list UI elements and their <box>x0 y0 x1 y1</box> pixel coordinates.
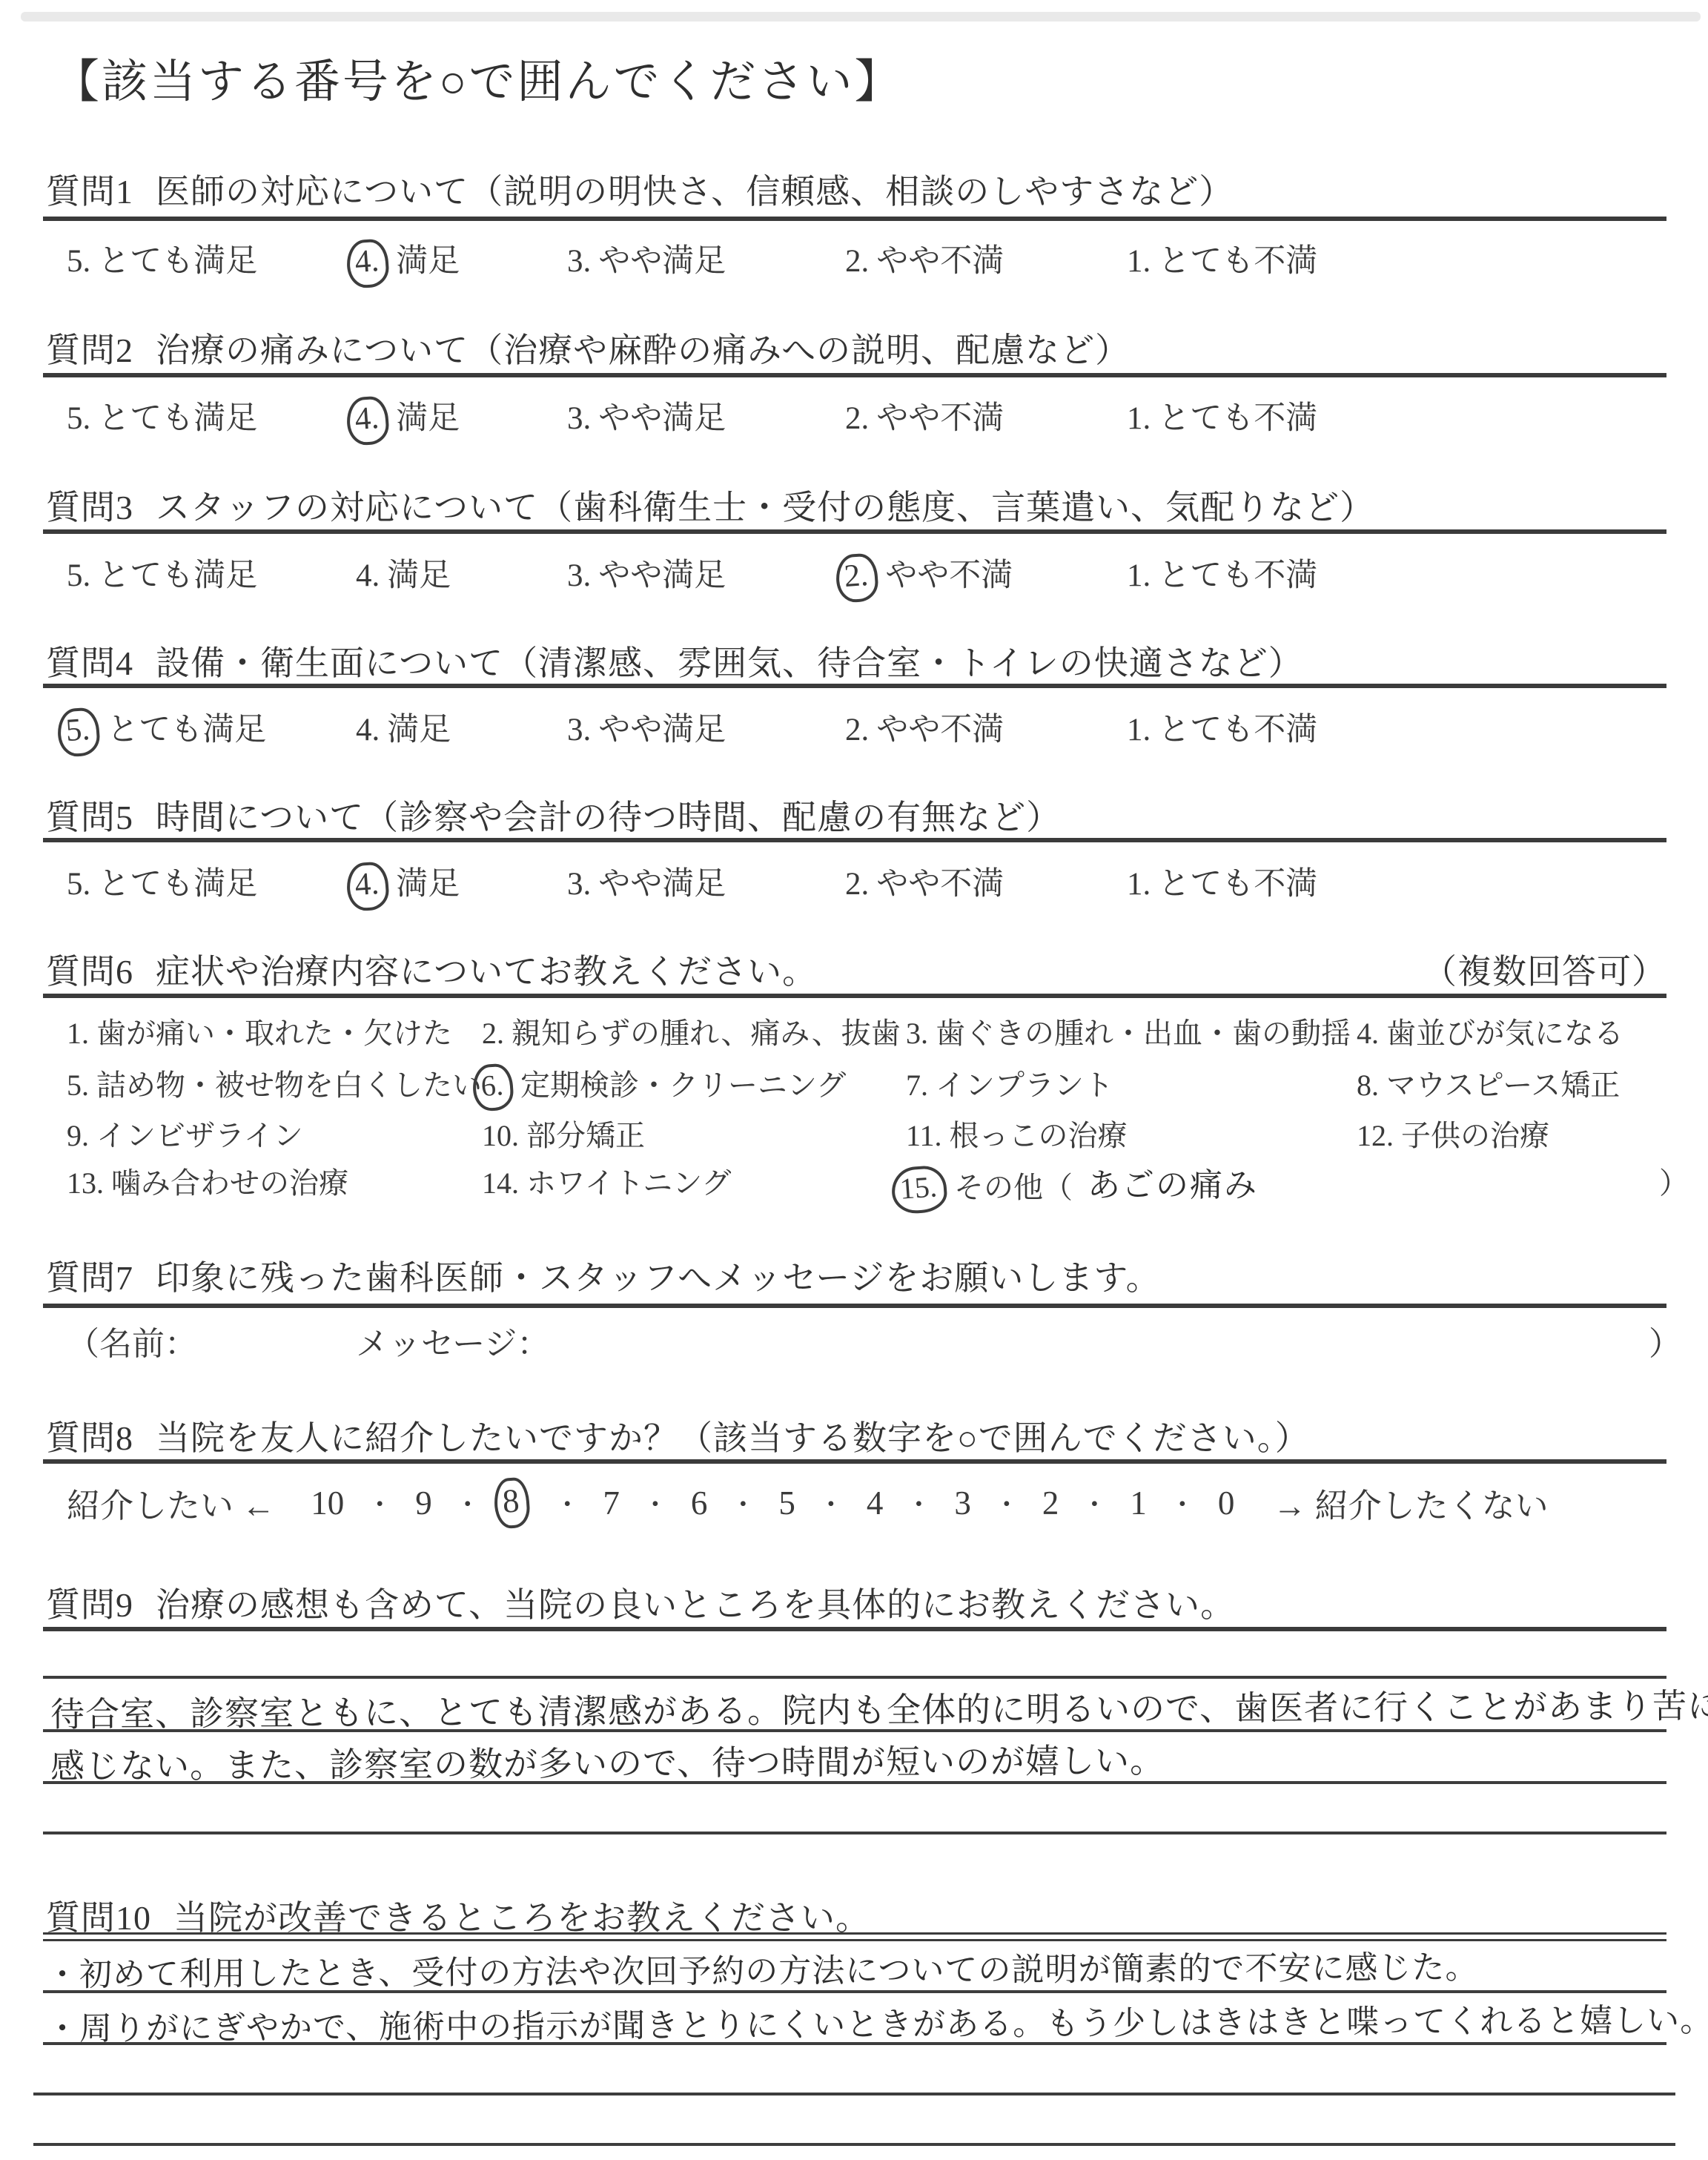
q6-option-10-num: 10. <box>482 1118 519 1153</box>
q6-options-row-3: 9.インビザライン 10.部分矯正 11.根っこの治療 12.子供の治療 <box>0 1112 1708 1164</box>
q6-option-1: 1.歯が痛い・取れた・欠けた <box>67 1010 452 1052</box>
q1-option-4: 4.満足 <box>356 236 460 282</box>
q4-option-3-label: やや満足 <box>598 713 726 747</box>
q1-option-1: 1.とても不満 <box>1127 236 1317 281</box>
q8-scale-9: 9 <box>415 1484 432 1522</box>
q8-selected-circle: 8 <box>492 1476 530 1529</box>
q8-dot: ・ <box>1169 1484 1196 1522</box>
q10-topic: 当院が改善できるところをお教えください。 <box>173 1899 870 1937</box>
q6-option-5: 5.詰め物・被せ物を白くしたい <box>67 1062 482 1104</box>
q6-options-row-4: 13.噛み合わせの治療 14.ホワイトニング 15.その他（あごの痛み ） <box>0 1160 1708 1212</box>
q5-rule <box>43 838 1666 842</box>
q1-option-2: 2.やや不満 <box>845 236 1004 281</box>
q1-option-5: 5.とても満足 <box>67 236 257 281</box>
q3-selected-circle: 2. <box>835 552 880 604</box>
q6-option-2-num: 2. <box>482 1016 504 1051</box>
q9-label: 質問9 <box>46 1586 133 1624</box>
q3-option-5-label: とても満足 <box>98 558 257 593</box>
q6-rule <box>43 994 1666 998</box>
q4-option-3-num: 3. <box>567 712 591 748</box>
q8-dot: ・ <box>993 1484 1020 1522</box>
q6-option-15-label: その他（ <box>954 1171 1073 1204</box>
q3-topic: スタッフの対応について（歯科衛生士・受付の態度、言葉遣い、気配りなど） <box>156 489 1374 526</box>
q8-scale-10: 10 <box>311 1484 344 1522</box>
q3-heading: 質問3スタッフの対応について（歯科衛生士・受付の態度、言葉遣い、気配りなど） <box>46 480 1666 529</box>
q2-option-5: 5.とても満足 <box>67 393 257 438</box>
q4-option-2-num: 2. <box>845 712 869 748</box>
q3-option-1-num: 1. <box>1127 558 1151 594</box>
q8-rule <box>43 1459 1666 1464</box>
q2-option-4: 4.満足 <box>356 393 460 439</box>
q6-options-row-2: 5.詰め物・被せ物を白くしたい 6.定期検診・クリーニング 7.インプラント 8… <box>0 1062 1708 1114</box>
q9-topic: 治療の感想も含めて、当院の良いところを具体的にお教えください。 <box>156 1586 1235 1624</box>
q6-option-15: 15.その他（あごの痛み <box>901 1160 1258 1207</box>
q6-option-7: 7.インプラント <box>906 1062 1113 1104</box>
q8-dot: ・ <box>366 1484 393 1522</box>
q6-option-11-label: 根っこの治療 <box>950 1119 1128 1152</box>
q6-option-7-num: 7. <box>906 1068 928 1103</box>
q5-option-1-label: とても不満 <box>1158 867 1317 902</box>
q2-rule <box>43 373 1666 377</box>
q8-dot: ・ <box>554 1484 580 1522</box>
q6-option-9-num: 9. <box>67 1118 89 1153</box>
q6-option-1-num: 1. <box>67 1016 89 1051</box>
q6-option-7-label: インプラント <box>936 1069 1113 1102</box>
q2-option-1-label: とても不満 <box>1158 401 1317 436</box>
q5-option-5: 5.とても満足 <box>67 859 257 904</box>
q6-topic: 症状や治療内容についてお教えください。 <box>156 953 817 991</box>
q1-selected-circle: 4. <box>345 238 391 289</box>
q2-option-1-num: 1. <box>1127 400 1151 437</box>
q6-option-15-circle: 15. <box>890 1164 948 1215</box>
q6-option-1-label: 歯が痛い・取れた・欠けた <box>96 1017 452 1050</box>
q6-option-14-num: 14. <box>482 1166 519 1200</box>
q10-answer-line-rule-2 <box>43 2042 1666 2045</box>
q5-option-3-label: やや満足 <box>598 867 726 902</box>
q2-option-2: 2.やや不満 <box>845 393 1004 438</box>
q4-option-2-label: やや不満 <box>876 713 1004 747</box>
q2-option-3-label: やや満足 <box>598 401 726 436</box>
q10-handwritten-line-2: ・周りがにぎやかで、施術中の指示が聞きとりにくいときがある。もう少しはきはきと喋… <box>46 1993 1708 2050</box>
q2-option-2-num: 2. <box>845 400 869 437</box>
q8-dot: ・ <box>905 1484 932 1522</box>
q9-answer-line-rule-1 <box>43 1676 1666 1679</box>
q10-answer-line-rule-4 <box>33 2143 1675 2146</box>
q9-answer-line-rule-4 <box>43 1832 1666 1834</box>
q6-option-11-num: 11. <box>906 1118 942 1153</box>
q8-scale-4: 4 <box>867 1484 884 1522</box>
q1-options: 5.とても満足 4.満足 3.やや満足 2.やや不満 1.とても不満 <box>0 236 1708 288</box>
q6-option-11: 11.根っこの治療 <box>906 1112 1128 1155</box>
q8-dot: ・ <box>642 1484 669 1522</box>
q8-scale-2: 2 <box>1042 1484 1059 1522</box>
q6-option-13: 13.噛み合わせの治療 <box>67 1160 348 1202</box>
q3-option-3-num: 3. <box>567 558 591 594</box>
q3-option-3: 3.やや満足 <box>567 550 726 595</box>
q1-option-3-num: 3. <box>567 243 591 280</box>
q4-option-5-label: とても満足 <box>107 713 266 747</box>
q6-option-12-label: 子供の治療 <box>1401 1119 1549 1152</box>
q1-option-5-label: とても満足 <box>98 244 257 279</box>
q2-label: 質問2 <box>46 331 133 369</box>
q6-option-6-circle: 6. <box>471 1063 514 1112</box>
q6-option-15-close-paren: ） <box>1659 1160 1689 1202</box>
q4-heading: 質問4設備・衛生面について（清潔感、雰囲気、待合室・トイレの快適さなど） <box>46 636 1666 685</box>
q6-option-6-label: 定期検診・クリーニング <box>520 1069 846 1102</box>
q6-options-row-1: 1.歯が痛い・取れた・欠けた 2.親知らずの腫れ、痛み、抜歯 3.歯ぐきの腫れ・… <box>0 1010 1708 1062</box>
q1-heading: 質問1医師の対応について（説明の明快さ、信頼感、相談のしやすさなど） <box>46 165 1666 214</box>
q5-option-1: 1.とても不満 <box>1127 859 1317 904</box>
q1-topic: 医師の対応について（説明の明快さ、信頼感、相談のしやすさなど） <box>156 173 1234 211</box>
q10-label: 質問10 <box>46 1899 151 1937</box>
q6-option-8-label: マウスピース矯正 <box>1386 1069 1620 1102</box>
q8-scale-left-label: 紹介したい ← <box>67 1479 275 1527</box>
q2-heading: 質問2治療の痛みについて（治療や麻酔の痛みへの説明、配慮など） <box>46 323 1666 372</box>
q3-option-2-label: やや不満 <box>885 558 1013 593</box>
q8-scale-right-label: → 紹介したくない <box>1273 1479 1548 1527</box>
q4-option-1-num: 1. <box>1127 712 1151 748</box>
q1-option-5-num: 5. <box>67 243 90 280</box>
q6-label: 質問6 <box>46 953 133 991</box>
q1-option-1-num: 1. <box>1127 243 1151 280</box>
q8-dot: ・ <box>1081 1484 1108 1522</box>
q4-option-4-num: 4. <box>356 712 380 748</box>
q1-option-2-label: やや不満 <box>876 244 1004 279</box>
q4-option-5: 5.とても満足 <box>67 704 266 750</box>
q6-option-3-label: 歯ぐきの腫れ・出血・歯の動揺 <box>936 1017 1351 1050</box>
q6-option-2: 2.親知らずの腫れ、痛み、抜歯 <box>482 1010 901 1052</box>
q3-options: 5.とても満足 4.満足 3.やや満足 2.やや不満 1.とても不満 <box>0 550 1708 602</box>
q8-scale-1: 1 <box>1130 1484 1147 1522</box>
q6-option-10: 10.部分矯正 <box>482 1112 645 1155</box>
q7-heading: 質問7印象に残った歯科医師・スタッフへメッセージをお願いします。 <box>46 1251 1666 1300</box>
q3-option-3-label: やや満足 <box>598 558 726 593</box>
q2-option-2-label: やや不満 <box>876 401 1004 436</box>
q8-scale-5: 5 <box>778 1484 795 1522</box>
q6-option-3-num: 3. <box>906 1016 928 1051</box>
q2-selected-circle: 4. <box>345 395 391 446</box>
q6-option-12: 12.子供の治療 <box>1357 1112 1549 1155</box>
q5-options: 5.とても満足 4.満足 3.やや満足 2.やや不満 1.とても不満 <box>0 859 1708 911</box>
q1-option-1-label: とても不満 <box>1158 244 1317 279</box>
q10-answer-line-rule-3 <box>33 2093 1675 2095</box>
q8-heading: 質問8当院を友人に紹介したいですか？（該当する数字を○で囲んでください。） <box>46 1411 1666 1460</box>
q6-option-10-label: 部分矯正 <box>526 1119 645 1152</box>
form-title: 【該当する番号を○で囲んでください】 <box>53 44 902 110</box>
q6-other-handwritten-answer: あごの痛み <box>1088 1166 1258 1204</box>
scan-artifact-band <box>21 12 1701 22</box>
q3-label: 質問3 <box>46 489 133 526</box>
q6-option-2-label: 親知らずの腫れ、痛み、抜歯 <box>512 1017 901 1050</box>
q2-option-5-label: とても満足 <box>98 401 257 436</box>
q4-option-4-label: 満足 <box>387 713 451 747</box>
q6-option-13-label: 噛み合わせの治療 <box>111 1166 348 1200</box>
q4-options: 5.とても満足 4.満足 3.やや満足 2.やや不満 1.とても不満 <box>0 704 1708 756</box>
q5-option-2: 2.やや不満 <box>845 859 1004 904</box>
q7-rule <box>43 1304 1666 1308</box>
q5-option-5-label: とても満足 <box>98 867 257 902</box>
q6-option-5-label: 詰め物・被せ物を白くしたい <box>96 1069 482 1102</box>
q8-scale-3: 3 <box>954 1484 971 1522</box>
q4-option-1: 1.とても不満 <box>1127 704 1317 750</box>
q8-scale-7: 7 <box>603 1484 620 1522</box>
q5-option-3-num: 3. <box>567 866 591 902</box>
q4-option-1-label: とても不満 <box>1158 713 1317 747</box>
q5-option-2-num: 2. <box>845 866 869 902</box>
q8-dot: ・ <box>454 1484 481 1522</box>
q1-option-3-label: やや満足 <box>598 244 726 279</box>
q6-option-9-label: インビザライン <box>96 1119 303 1152</box>
q9-answer-line-rule-2 <box>43 1729 1666 1732</box>
q6-option-5-num: 5. <box>67 1068 89 1103</box>
q9-handwritten-line-1: 待合室、診察室ともに、とても清潔感がある。院内も全体的に明るいので、歯医者に行く… <box>50 1679 1708 1737</box>
q2-option-4-label: 満足 <box>396 401 460 436</box>
q3-option-4-num: 4. <box>356 558 380 594</box>
q3-rule <box>43 529 1666 534</box>
q10-rule <box>43 1932 1666 1941</box>
q3-option-5: 5.とても満足 <box>67 550 257 595</box>
q4-rule <box>43 684 1666 688</box>
q7-label: 質問7 <box>46 1259 133 1297</box>
q4-selected-circle: 5. <box>56 707 102 758</box>
q3-option-1: 1.とても不満 <box>1127 550 1317 595</box>
q6-option-9: 9.インビザライン <box>67 1112 303 1155</box>
q4-label: 質問4 <box>46 644 133 682</box>
q3-option-2: 2.やや不満 <box>845 550 1013 596</box>
q8-dot: ・ <box>818 1484 844 1522</box>
q8-topic: 当院を友人に紹介したいですか？（該当する数字を○で囲んでください。） <box>156 1419 1310 1457</box>
q6-heading: 質問6症状や治療内容についてお教えください。 （複数回答可） <box>46 945 1666 994</box>
q9-handwritten-line-2: 感じない。また、診察室の数が多いので、待つ時間が短いのが嬉しい。 <box>50 1734 1165 1789</box>
q2-option-5-num: 5. <box>67 400 90 437</box>
q8-referral-scale: 紹介したい ← 10・ 9・ 8・ 7・ 6・ 5・ 4・ 3・ 2・ 1・ 0… <box>67 1479 1549 1527</box>
q2-option-1: 1.とても不満 <box>1127 393 1317 438</box>
q5-option-3: 3.やや満足 <box>567 859 726 904</box>
q2-options: 5.とても満足 4.満足 3.やや満足 2.やや不満 1.とても不満 <box>0 393 1708 445</box>
q5-option-5-num: 5. <box>67 866 90 902</box>
q6-option-14-label: ホワイトニング <box>526 1166 731 1200</box>
q4-option-3: 3.やや満足 <box>567 704 726 750</box>
q1-option-4-label: 満足 <box>396 244 460 279</box>
q6-option-4-num: 4. <box>1357 1016 1379 1051</box>
q5-heading: 質問5時間について（診察や会計の待つ時間、配慮の有無など） <box>46 790 1666 839</box>
q1-option-3: 3.やや満足 <box>567 236 726 281</box>
q10-answer-line-rule-1 <box>43 1990 1666 1993</box>
q5-option-1-num: 1. <box>1127 866 1151 902</box>
q5-label: 質問5 <box>46 799 133 836</box>
q4-option-2: 2.やや不満 <box>845 704 1004 750</box>
q1-option-2-num: 2. <box>845 243 869 280</box>
q2-option-3: 3.やや満足 <box>567 393 726 438</box>
q6-option-6: 6.定期検診・クリーニング <box>482 1062 846 1105</box>
q1-rule <box>43 217 1666 221</box>
q6-option-8-num: 8. <box>1357 1068 1379 1103</box>
q2-option-3-num: 3. <box>567 400 591 437</box>
q6-option-4-label: 歯並びが気になる <box>1386 1017 1623 1050</box>
q3-option-5-num: 5. <box>67 558 90 594</box>
q7-name-field-label: （名前： <box>67 1317 197 1364</box>
q7-topic: 印象に残った歯科医師・スタッフへメッセージをお願いします。 <box>156 1259 1161 1297</box>
q6-option-3: 3.歯ぐきの腫れ・出血・歯の動揺 <box>906 1010 1351 1052</box>
q5-option-2-label: やや不満 <box>876 867 1004 902</box>
q2-topic: 治療の痛みについて（治療や麻酔の痛みへの説明、配慮など） <box>156 331 1130 369</box>
q8-scale-6: 6 <box>691 1484 708 1522</box>
q6-multi-answer-note: （複数回答可） <box>1423 945 1666 994</box>
q5-selected-circle: 4. <box>345 861 391 912</box>
q1-label: 質問1 <box>46 173 133 211</box>
q4-topic: 設備・衛生面について（清潔感、雰囲気、待合室・トイレの快適さなど） <box>156 644 1303 682</box>
q10-handwritten-line-1: ・初めて利用したとき、受付の方法や次回予約の方法についての説明が簡素的で不安に感… <box>46 1941 1479 1995</box>
q6-option-4: 4.歯並びが気になる <box>1357 1010 1623 1052</box>
q8-scale-0: 0 <box>1218 1484 1235 1522</box>
q6-option-12-num: 12. <box>1357 1118 1394 1153</box>
scanned-survey-page: 【該当する番号を○で囲んでください】 質問1医師の対応について（説明の明快さ、信… <box>0 0 1708 2160</box>
q6-option-13-num: 13. <box>67 1166 104 1200</box>
q6-option-14: 14.ホワイトニング <box>482 1160 731 1202</box>
q5-option-4: 4.満足 <box>356 859 460 905</box>
q5-option-4-label: 満足 <box>396 867 460 902</box>
q7-close-paren: ） <box>1649 1317 1681 1364</box>
q3-option-1-label: とても不満 <box>1158 558 1317 593</box>
q6-option-8: 8.マウスピース矯正 <box>1357 1062 1620 1104</box>
q9-answer-line-rule-3 <box>43 1781 1666 1784</box>
q3-option-4-label: 満足 <box>387 558 451 593</box>
q8-dot: ・ <box>729 1484 756 1522</box>
q8-label: 質問8 <box>46 1419 133 1457</box>
q9-rule <box>43 1627 1666 1631</box>
q3-option-4: 4.満足 <box>356 550 451 595</box>
q7-message-field-label: メッセージ： <box>356 1317 549 1364</box>
q4-option-4: 4.満足 <box>356 704 451 750</box>
q5-topic: 時間について（診察や会計の待つ時間、配慮の有無など） <box>156 799 1061 836</box>
q9-heading: 質問9治療の感想も含めて、当院の良いところを具体的にお教えください。 <box>46 1578 1666 1627</box>
